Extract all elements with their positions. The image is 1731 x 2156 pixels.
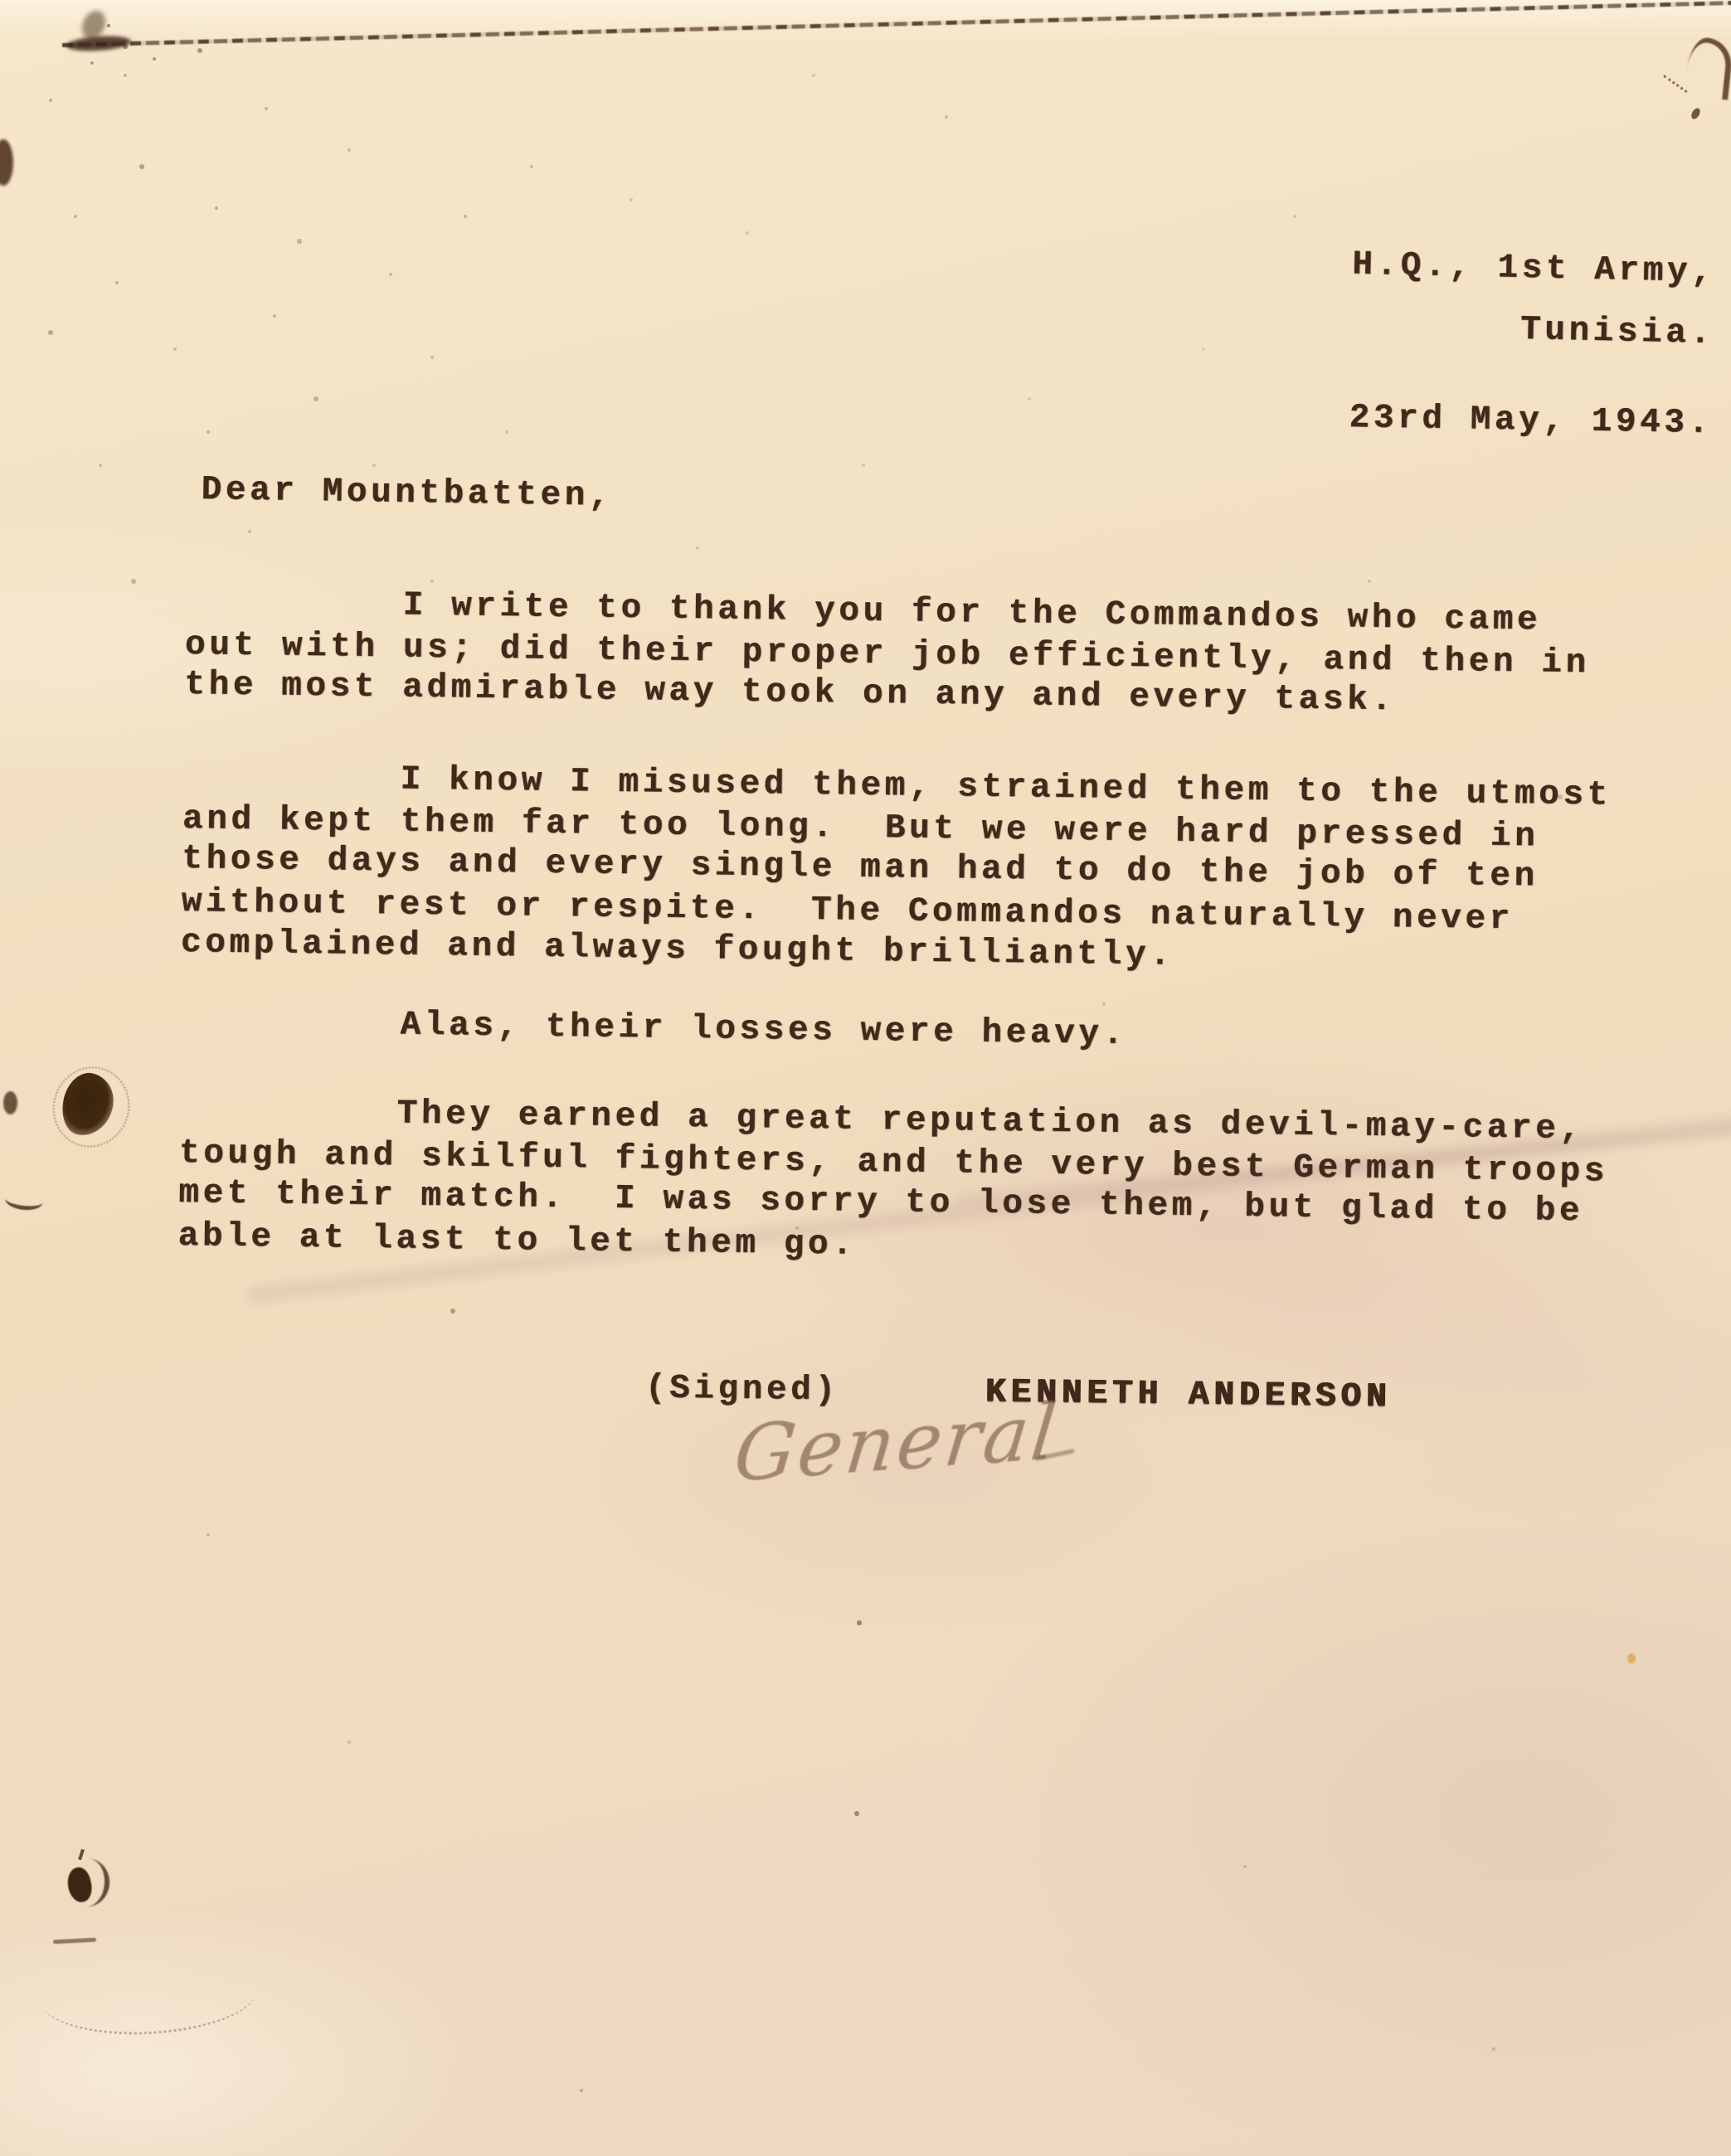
faint-arc-mark <box>38 1950 260 2040</box>
letter-paragraph-3: Alas, their losses were heavy. <box>182 1002 1127 1056</box>
ink-blot <box>65 1866 95 1905</box>
ink-blot <box>3 1091 17 1114</box>
ink-blot <box>78 7 110 43</box>
pen-stroke-mark <box>4 1189 44 1212</box>
ink-blot-halo <box>41 1056 141 1158</box>
ink-blot <box>78 1849 85 1861</box>
ink-blot <box>57 1069 119 1141</box>
ink-blot <box>66 34 132 52</box>
date-line: 23rd May, 1943. <box>1349 397 1713 444</box>
letter-paragraph-2: I know I misused them, strained them to … <box>181 756 1612 983</box>
letter-paragraph-1: I write to thank you for the Commandos w… <box>184 582 1591 725</box>
pen-dot-mark <box>1690 107 1701 120</box>
paper-speckles <box>0 0 2 2</box>
paper-tear-edge <box>62 1 1731 47</box>
letter-paragraph-4: They earned a great reputation as devil-… <box>177 1090 1609 1275</box>
scanned-letter-page: H.Q., 1st Army, Tunisia. 23rd May, 1943.… <box>0 0 1731 2156</box>
ink-blot <box>0 139 13 186</box>
pen-stroke-mark <box>53 1938 96 1945</box>
letter-heading: H.Q., 1st Army, Tunisia. <box>1350 234 1716 365</box>
pen-squiggle-mark <box>1663 72 1690 93</box>
ink-blot <box>81 1858 111 1908</box>
paper-fleck <box>1627 1653 1636 1663</box>
pen-squiggle-mark <box>1684 36 1731 100</box>
letter-date: 23rd May, 1943. <box>1349 397 1713 444</box>
heading-location-line: Tunisia. <box>1350 295 1715 365</box>
paragraph-line: Alas, their losses were heavy. <box>182 1002 1127 1056</box>
heading-unit-line: H.Q., 1st Army, <box>1351 234 1716 303</box>
paper-top-edge-highlight <box>0 0 1731 40</box>
letter-salutation: Dear Mountbatten, <box>201 469 613 517</box>
